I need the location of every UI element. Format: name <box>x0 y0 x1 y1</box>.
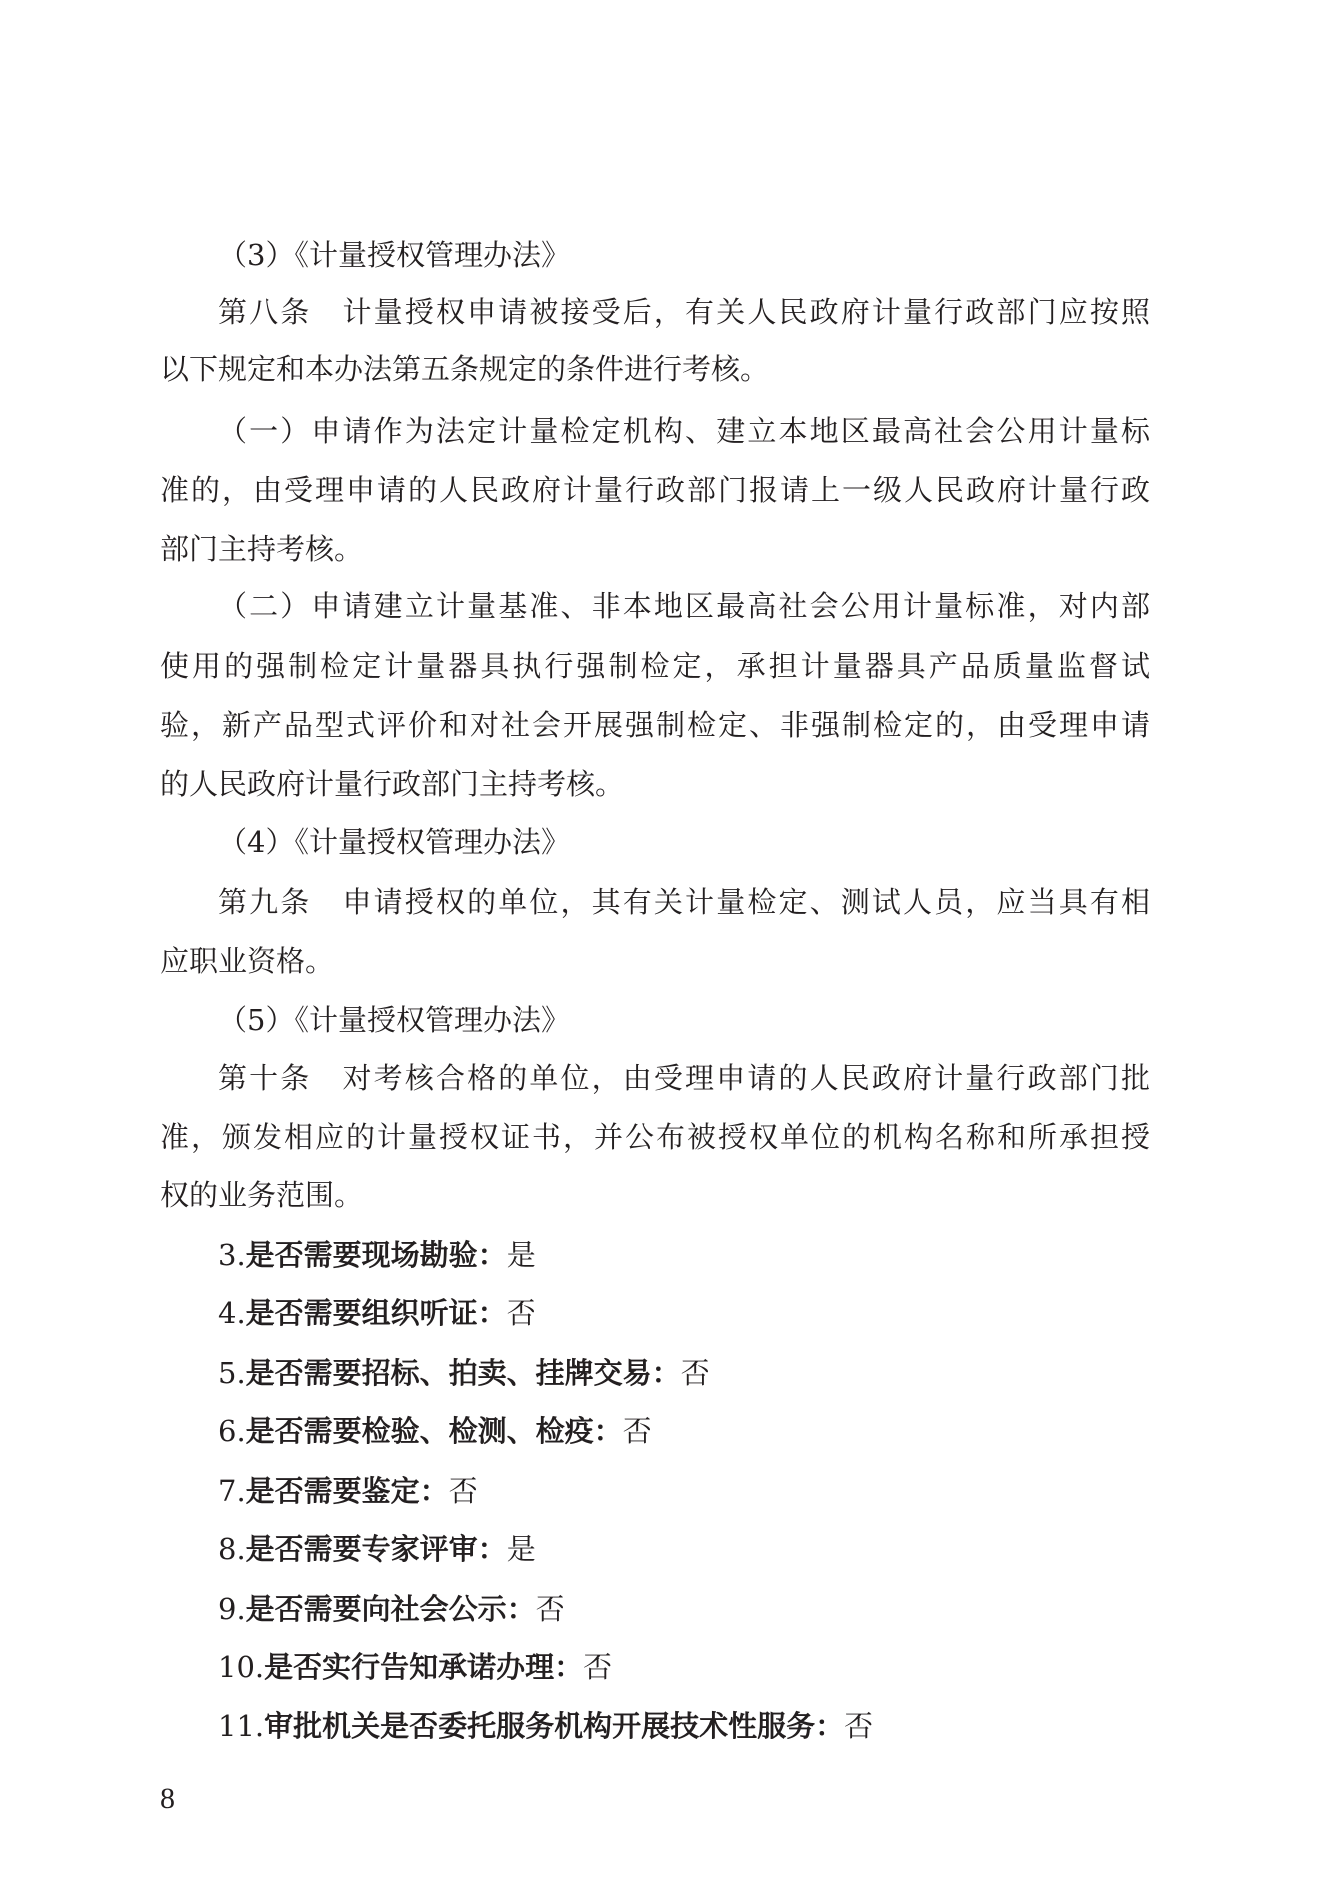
law-heading-5: （5）《计量授权管理办法》 <box>218 1000 1150 1040</box>
question-label: 是否需要组织听证： <box>246 1296 507 1330</box>
question-7: 7.是否需要鉴定：否 <box>218 1471 1150 1511</box>
question-8: 8.是否需要专家评审：是 <box>218 1529 1150 1569</box>
clause-1-line-1: （一）申请作为法定计量检定机构、建立本地区最高社会公用计量标 <box>218 411 1150 451</box>
clause-2-line-1: （二）申请建立计量基准、非本地区最高社会公用计量标准，对内部 <box>218 586 1150 626</box>
question-answer: 否 <box>681 1356 710 1390</box>
question-answer: 否 <box>449 1474 478 1508</box>
question-number: 5. <box>218 1356 246 1390</box>
article-9-line-2: 应职业资格。 <box>160 941 1150 981</box>
article-10-line-1: 第十条 对考核合格的单位，由受理申请的人民政府计量行政部门批 <box>218 1058 1150 1098</box>
question-answer: 否 <box>536 1592 565 1626</box>
question-number: 4. <box>218 1296 246 1330</box>
question-number: 8. <box>218 1532 246 1566</box>
clause-1-line-2: 准的，由受理申请的人民政府计量行政部门报请上一级人民政府计量行政 <box>160 470 1150 510</box>
question-label: 是否需要专家评审： <box>246 1532 507 1566</box>
question-4: 4.是否需要组织听证：否 <box>218 1293 1150 1333</box>
question-number: 3. <box>218 1238 246 1272</box>
clause-1-line-3: 部门主持考核。 <box>160 529 1150 569</box>
clause-2-line-3: 验，新产品型式评价和对社会开展强制检定、非强制检定的，由受理申请 <box>160 705 1150 745</box>
question-answer: 否 <box>507 1296 536 1330</box>
question-number: 6. <box>218 1414 246 1448</box>
clause-2-line-4: 的人民政府计量行政部门主持考核。 <box>160 764 1150 804</box>
question-number: 9. <box>218 1592 246 1626</box>
question-label: 是否需要现场勘验： <box>246 1238 507 1272</box>
question-label: 是否需要鉴定： <box>246 1474 449 1508</box>
question-answer: 否 <box>623 1414 652 1448</box>
question-answer: 否 <box>844 1709 873 1743</box>
article-10-line-2: 准，颁发相应的计量授权证书，并公布被授权单位的机构名称和所承担授 <box>160 1117 1150 1157</box>
question-answer: 否 <box>583 1650 612 1684</box>
question-5: 5.是否需要招标、拍卖、挂牌交易：否 <box>218 1353 1150 1393</box>
law-heading-3: （3）《计量授权管理办法》 <box>218 235 1150 275</box>
clause-2-line-2: 使用的强制检定计量器具执行强制检定，承担计量器具产品质量监督试 <box>160 646 1150 686</box>
question-11: 11.审批机关是否委托服务机构开展技术性服务：否 <box>218 1706 1150 1746</box>
question-3: 3.是否需要现场勘验：是 <box>218 1235 1150 1275</box>
question-answer: 是 <box>507 1532 536 1566</box>
question-6: 6.是否需要检验、检测、检疫：否 <box>218 1411 1150 1451</box>
page-number: 8 <box>160 1779 175 1819</box>
question-number: 10. <box>218 1650 264 1684</box>
article-8-line-1: 第八条 计量授权申请被接受后，有关人民政府计量行政部门应按照 <box>218 292 1150 332</box>
question-label: 是否需要招标、拍卖、挂牌交易： <box>246 1356 681 1390</box>
article-8-line-2: 以下规定和本办法第五条规定的条件进行考核。 <box>160 349 1150 389</box>
question-label: 是否需要向社会公示： <box>246 1592 536 1626</box>
question-label: 是否需要检验、检测、检疫： <box>246 1414 623 1448</box>
law-heading-4: （4）《计量授权管理办法》 <box>218 822 1150 862</box>
question-number: 11. <box>218 1709 264 1743</box>
question-answer: 是 <box>507 1238 536 1272</box>
question-number: 7. <box>218 1474 246 1508</box>
question-9: 9.是否需要向社会公示：否 <box>218 1589 1150 1629</box>
question-label: 审批机关是否委托服务机构开展技术性服务： <box>264 1709 844 1743</box>
article-9-line-1: 第九条 申请授权的单位，其有关计量检定、测试人员，应当具有相 <box>218 882 1150 922</box>
question-label: 是否实行告知承诺办理： <box>264 1650 583 1684</box>
article-10-line-3: 权的业务范围。 <box>160 1175 1150 1215</box>
question-10: 10.是否实行告知承诺办理：否 <box>218 1647 1150 1687</box>
